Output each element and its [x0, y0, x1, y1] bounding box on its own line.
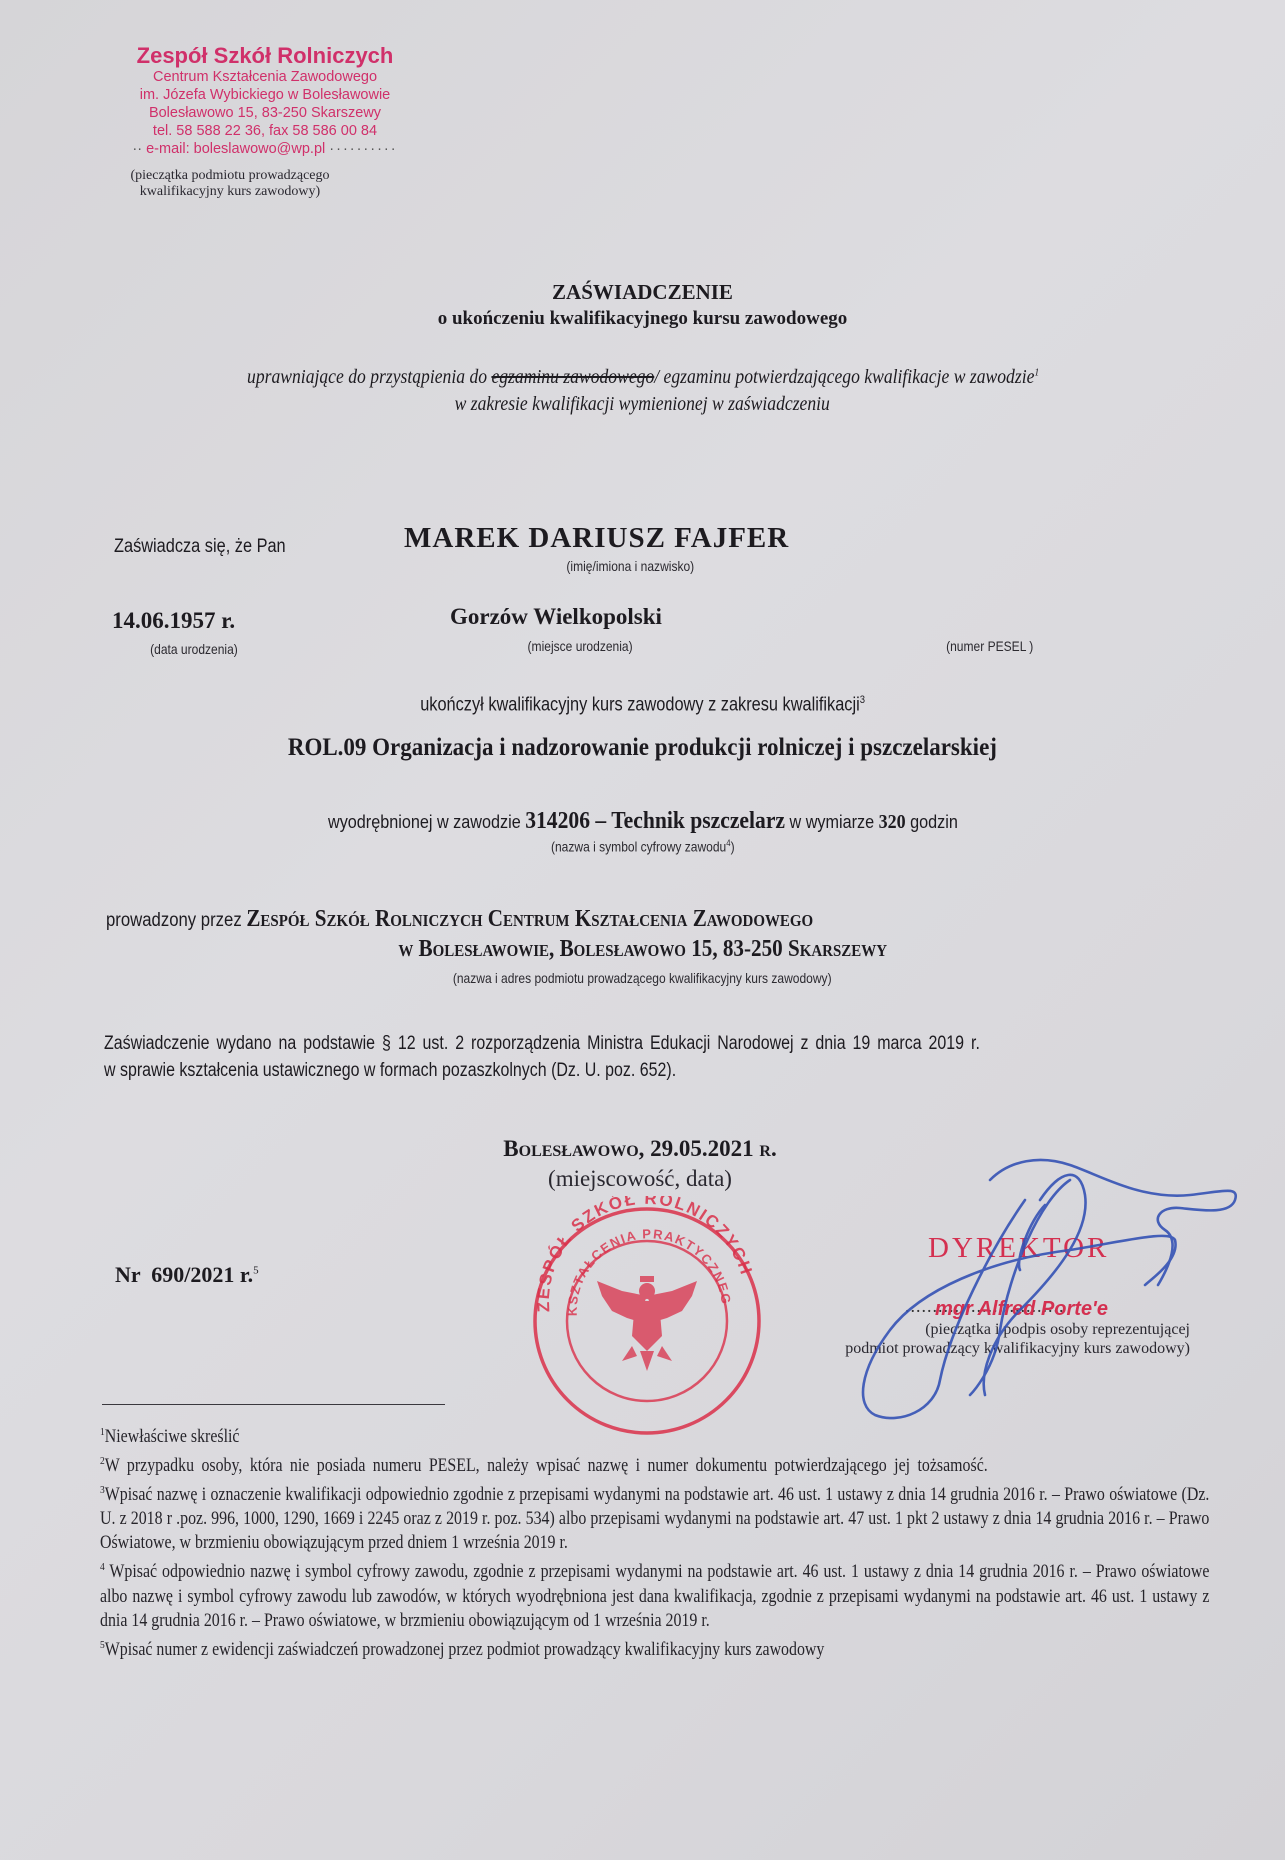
- provider-address: w Bolesławowie, Bolesławowo 15, 83-250 S…: [398, 936, 887, 963]
- hours-suffix: godzin: [905, 812, 957, 832]
- caption: (numer PESEL ): [946, 638, 1033, 654]
- footnote-3: 3Wpisać nazwę i oznaczenie kwalifikacji …: [100, 1478, 1209, 1555]
- issuer-stamp: Zespół Szkół Rolniczych Centrum Kształce…: [100, 44, 430, 158]
- footnote-text: Wpisać odpowiednio nazwę i symbol cyfrow…: [100, 1563, 1209, 1631]
- completed-text: ukończył kwalifikacyjny kurs zawodowy z …: [420, 694, 860, 715]
- footnote-4: 4 Wpisać odpowiednio nazwę i symbol cyfr…: [100, 1555, 1209, 1632]
- caption: ): [730, 839, 734, 855]
- dotted-leader: ··········: [329, 141, 397, 157]
- footnote-text: Wpisać numer z ewidencji zaświadczeń pro…: [105, 1640, 825, 1660]
- place-date: Bolesławowo, 29.05.2021 r.: [503, 1136, 776, 1161]
- entitlement-prefix: uprawniające do przystąpienia do: [247, 366, 491, 388]
- caption: (nazwa i symbol cyfrowy zawodu: [551, 839, 726, 855]
- birth-place: Gorzów Wielkopolski: [450, 604, 662, 630]
- footnote-5: 5Wpisać numer z ewidencji zaświadczeń pr…: [100, 1633, 1209, 1662]
- footnote-text: Niewłaściwe skreślić: [105, 1427, 240, 1447]
- dotted-leader: ··: [132, 141, 142, 157]
- footnote-1: 1Niewłaściwe skreślić: [100, 1420, 1209, 1449]
- entitlement-line: uprawniające do przystąpienia do egzamin…: [118, 366, 1168, 389]
- document-subtitle: o ukończeniu kwalifikacyjnego kursu zawo…: [0, 308, 1285, 330]
- document-title: ZAŚWIADCZENIE: [0, 280, 1285, 305]
- person-name: MAREK DARIUSZ FAJFER: [404, 522, 789, 555]
- pesel-caption: (numer PESEL ): [920, 638, 1060, 656]
- footnote-divider: [102, 1404, 445, 1405]
- caption: (nazwa i adres podmiotu prowadzącego kwa…: [453, 970, 832, 986]
- entitlement-scope: w zakresie kwalifikacji wymienionej w za…: [455, 393, 830, 416]
- stamp-line: im. Józefa Wybickiego w Bolesławowie: [100, 86, 430, 104]
- hours-prefix: w wymiarze: [785, 812, 879, 832]
- footnote-text: Wpisać nazwę i oznaczenie kwalifikacji o…: [100, 1485, 1209, 1553]
- caption-line: kwalifikacyjny kurs zawodowy): [110, 184, 350, 200]
- official-seal: ZESPÓŁ SZKÓŁ ROLNICZYCH KSZTAŁCENIA PRAK…: [522, 1196, 772, 1436]
- footnote-ref: 1: [1034, 366, 1039, 378]
- stamp-email: e-mail: boleslawowo@wp.pl: [146, 141, 325, 157]
- birth-date: 14.06.1957 r.: [112, 608, 235, 634]
- profession-caption: (nazwa i symbol cyfrowy zawodu4): [0, 838, 1285, 857]
- legal-basis: Zaświadczenie wydano na podstawie § 12 u…: [104, 1030, 1147, 1084]
- profession-name: 314206 – Technik pszczelarz: [525, 808, 785, 834]
- legal-basis-line: Zaświadczenie wydano na podstawie § 12 u…: [104, 1030, 980, 1057]
- issue-place-date-caption: (miejscowość, data): [440, 1166, 840, 1192]
- entitlement-rest: / egzaminu potwierdzającego kwalifikacje…: [654, 366, 1034, 388]
- certify-intro: Zaświadcza się, że Pan: [114, 536, 286, 558]
- struck-exam-option: egzaminu zawodowego: [491, 366, 654, 388]
- name-caption: (imię/imiona i nazwisko): [410, 558, 850, 576]
- profession-line: wyodrębnionej w zawodzie 314206 – Techni…: [0, 808, 1285, 835]
- eagle-seal-icon: ZESPÓŁ SZKÓŁ ROLNICZYCH KSZTAŁCENIA PRAK…: [522, 1196, 772, 1436]
- completed-course-line: ukończył kwalifikacyjny kurs zawodowy z …: [0, 694, 1285, 716]
- issue-place-date: Bolesławowo, 29.05.2021 r.: [440, 1136, 840, 1162]
- profession-prefix: wyodrębnionej w zawodzie: [328, 812, 525, 832]
- footnotes: 1Niewłaściwe skreślić 2W przypadku osoby…: [100, 1420, 1210, 1662]
- birth-date-caption: (data urodzenia): [104, 641, 284, 659]
- caption: (miejsce urodzenia): [527, 638, 632, 654]
- legal-basis-line: w sprawie kształcenia ustawicznego w for…: [104, 1057, 980, 1084]
- provider-prefix: prowadzony przez: [106, 910, 246, 931]
- provider-caption: (nazwa i adres podmiotu prowadzącego kwa…: [0, 970, 1285, 988]
- certificate-number: Nr 690/2021 r.5: [104, 1236, 259, 1288]
- footnote-ref: 3: [860, 694, 865, 706]
- stamp-line: tel. 58 588 22 36, fax 58 586 00 84: [100, 122, 430, 140]
- number-text: Nr 690/2021 r.: [115, 1262, 253, 1287]
- entitlement-line-2: w zakresie kwalifikacji wymienionej w za…: [0, 393, 1285, 416]
- issuer-stamp-caption: (pieczątka podmiotu prowadzącego kwalifi…: [110, 168, 350, 200]
- caption-line: (pieczątka podmiotu prowadzącego: [110, 168, 350, 184]
- stamp-line: Centrum Kształcenia Zawodowego: [100, 68, 430, 86]
- footnote-text: W przypadku osoby, która nie posiada num…: [105, 1456, 988, 1476]
- stamp-line: Zespół Szkół Rolniczych: [100, 44, 430, 68]
- birth-place-caption: (miejsce urodzenia): [450, 638, 710, 656]
- handwritten-signature-icon: [840, 1140, 1260, 1440]
- caption: (data urodzenia): [150, 641, 238, 657]
- footnote-2: 2W przypadku osoby, która nie posiada nu…: [100, 1449, 1209, 1478]
- stamp-email-line: ·· e-mail: boleslawowo@wp.pl ··········: [100, 140, 430, 158]
- provider-line-1: prowadzony przez Zespół Szkół Rolniczych…: [106, 906, 910, 933]
- provider-name: Zespół Szkół Rolniczych Centrum Kształce…: [246, 906, 813, 932]
- qualification-name: ROL.09 Organizacja i nadzorowanie produk…: [0, 734, 1285, 762]
- qualification-text: ROL.09 Organizacja i nadzorowanie produk…: [288, 734, 997, 762]
- provider-line-2: w Bolesławowie, Bolesławowo 15, 83-250 S…: [0, 936, 1285, 963]
- stamp-line: Bolesławowo 15, 83-250 Skarszewy: [100, 104, 430, 122]
- footnote-ref: 5: [253, 1265, 259, 1277]
- course-hours: 320: [878, 811, 905, 833]
- caption: (imię/imiona i nazwisko): [566, 558, 694, 574]
